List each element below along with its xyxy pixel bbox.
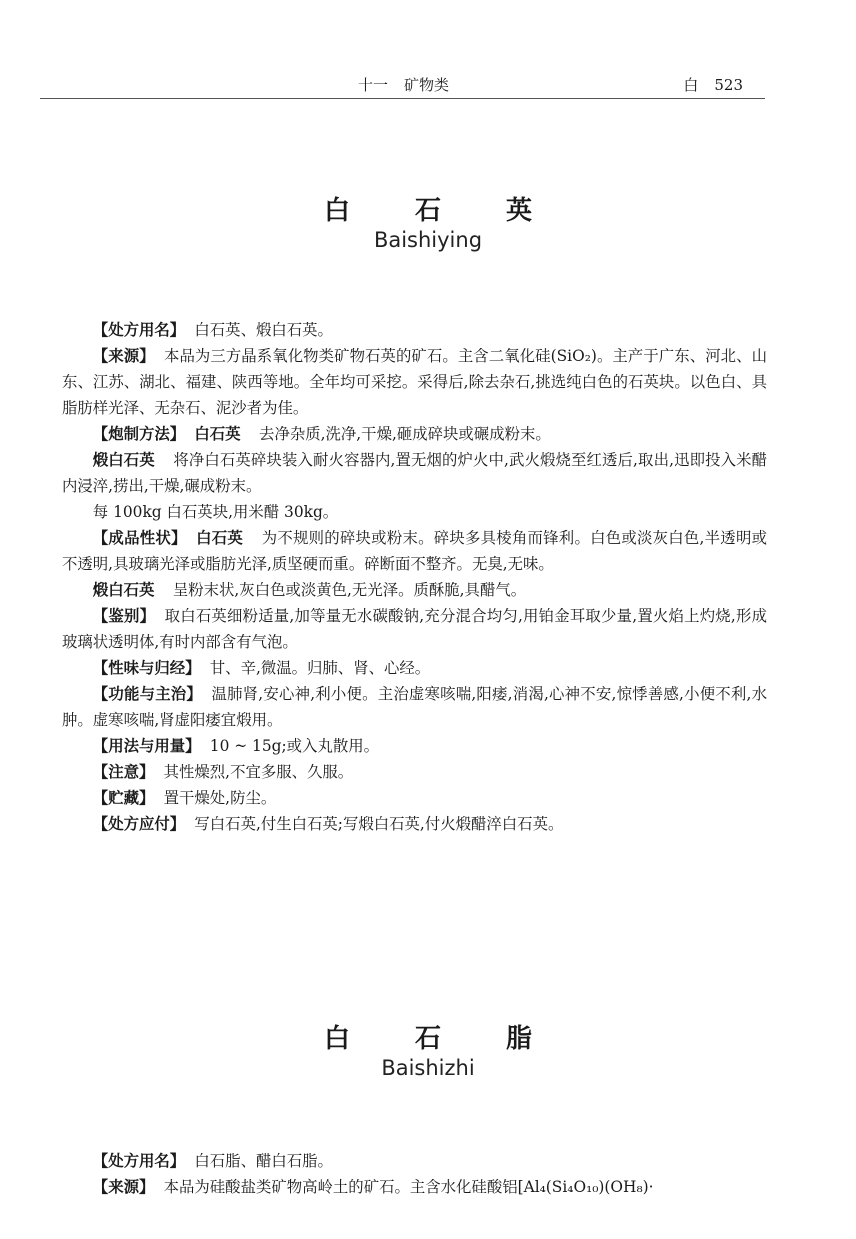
paragraph: 【处方应付】写白石英,付生白石英;写煅白石英,付火煅醋淬白石英。	[62, 811, 767, 837]
paragraph-text: 每 100kg 白石英块,用米醋 30kg。	[93, 503, 338, 521]
header-rule	[40, 98, 765, 99]
paragraph: 【注意】其性燥烈,不宜多服、久服。	[62, 759, 767, 785]
section-label: 【注意】	[93, 763, 155, 781]
chapter-heading: 十一矿物类	[358, 74, 449, 95]
paragraph: 【用法与用量】10 ~ 15g;或入丸散用。	[62, 733, 767, 759]
term: 煅白石英	[93, 451, 155, 469]
entry-pinyin: Baishizhi	[0, 1056, 856, 1080]
section-label: 【鉴别】	[93, 607, 155, 625]
paragraph: 【处方用名】白石英、煅白石英。	[62, 317, 767, 343]
section-label: 【处方用名】	[93, 321, 185, 339]
paragraph-text: 呈粉末状,灰白色或淡黄色,无光泽。质酥脆,具醋气。	[173, 581, 526, 599]
paragraph-text: 白石英、煅白石英。	[194, 321, 333, 339]
paragraph-text: 写白石英,付生白石英;写煅白石英,付火煅醋淬白石英。	[194, 815, 563, 833]
paragraph: 【来源】本品为三方晶系氧化物类矿物石英的矿石。主含二氧化硅(SiO₂)。主产于广…	[62, 343, 767, 421]
section-label: 【性味与归经】	[93, 659, 201, 677]
section-label: 【功能与主治】	[93, 685, 202, 703]
paragraph: 每 100kg 白石英块,用米醋 30kg。	[62, 499, 767, 525]
paragraph-text: 本品为硅酸盐类矿物高岭土的矿石。主含水化硅酸铝[Al₄(Si₄O₁₀)(OH₈)…	[164, 1178, 654, 1196]
paragraph: 【处方用名】白石脂、醋白石脂。	[62, 1148, 767, 1174]
paragraph: 煅白石英呈粉末状,灰白色或淡黄色,无光泽。质酥脆,具醋气。	[62, 577, 767, 603]
paragraph: 【鉴别】取白石英细粉适量,加等量无水碳酸钠,充分混合均匀,用铂金耳取少量,置火焰…	[62, 603, 767, 655]
entry-body: 【处方用名】白石英、煅白石英。 【来源】本品为三方晶系氧化物类矿物石英的矿石。主…	[62, 317, 767, 837]
page-number: 523	[714, 76, 743, 94]
term: 煅白石英	[93, 581, 155, 599]
paragraph: 【来源】本品为硅酸盐类矿物高岭土的矿石。主含水化硅酸铝[Al₄(Si₄O₁₀)(…	[62, 1174, 767, 1200]
paragraph-text: 将净白石英碎块装入耐火容器内,置无烟的炉火中,武火煅烧至红透后,取出,迅即投入米…	[62, 451, 767, 495]
entry-body: 【处方用名】白石脂、醋白石脂。 【来源】本品为硅酸盐类矿物高岭土的矿石。主含水化…	[62, 1148, 767, 1200]
paragraph: 【成品性状】白石英为不规则的碎块或粉末。碎块多具棱角而锋利。白色或淡灰白色,半透…	[62, 525, 767, 577]
section-label: 【处方应付】	[93, 815, 185, 833]
section-label: 【用法与用量】	[93, 737, 201, 755]
paragraph: 【功能与主治】温肺肾,安心神,利小便。主治虚寒咳喘,阳痿,消渴,心神不安,惊悸善…	[62, 681, 767, 733]
paragraph-text: 本品为三方晶系氧化物类矿物石英的矿石。主含二氧化硅(SiO₂)。主产于广东、河北…	[62, 347, 767, 417]
paragraph: 煅白石英将净白石英碎块装入耐火容器内,置无烟的炉火中,武火煅烧至红透后,取出,迅…	[62, 447, 767, 499]
paragraph-text: 置干燥处,防尘。	[164, 789, 277, 807]
paragraph: 【性味与归经】甘、辛,微温。归肺、肾、心经。	[62, 655, 767, 681]
section-label: 【处方用名】	[93, 1152, 185, 1170]
entry-title: 白 石 脂	[0, 1018, 856, 1055]
entry-pinyin: Baishiying	[0, 228, 856, 252]
chapter-number: 十一	[358, 76, 388, 94]
section-label: 【炮制方法】	[93, 425, 185, 443]
section-label: 【成品性状】	[93, 529, 187, 547]
paragraph-text: 10 ~ 15g;或入丸散用。	[210, 737, 379, 755]
paragraph-text: 白石脂、醋白石脂。	[194, 1152, 333, 1170]
paragraph-text: 取白石英细粉适量,加等量无水碳酸钠,充分混合均匀,用铂金耳取少量,置火焰上灼烧,…	[62, 607, 767, 651]
term: 白石英	[194, 425, 240, 443]
section-label: 【来源】	[93, 347, 155, 365]
paragraph-text: 去净杂质,洗净,干燥,砸成碎块或碾成粉末。	[259, 425, 551, 443]
paragraph: 【贮藏】置干燥处,防尘。	[62, 785, 767, 811]
entry-title: 白 石 英	[0, 190, 856, 227]
paragraph: 【炮制方法】白石英去净杂质,洗净,干燥,砸成碎块或碾成粉末。	[62, 421, 767, 447]
paragraph-text: 其性燥烈,不宜多服、久服。	[164, 763, 354, 781]
paragraph-text: 甘、辛,微温。归肺、肾、心经。	[210, 659, 430, 677]
section-label: 【贮藏】	[93, 789, 155, 807]
section-char: 白	[683, 76, 698, 94]
chapter-title: 矿物类	[404, 76, 449, 94]
term: 白石英	[196, 529, 243, 547]
section-label: 【来源】	[93, 1178, 155, 1196]
running-header: 十一矿物类 白523	[40, 70, 765, 100]
page-marker: 白523	[683, 74, 743, 95]
